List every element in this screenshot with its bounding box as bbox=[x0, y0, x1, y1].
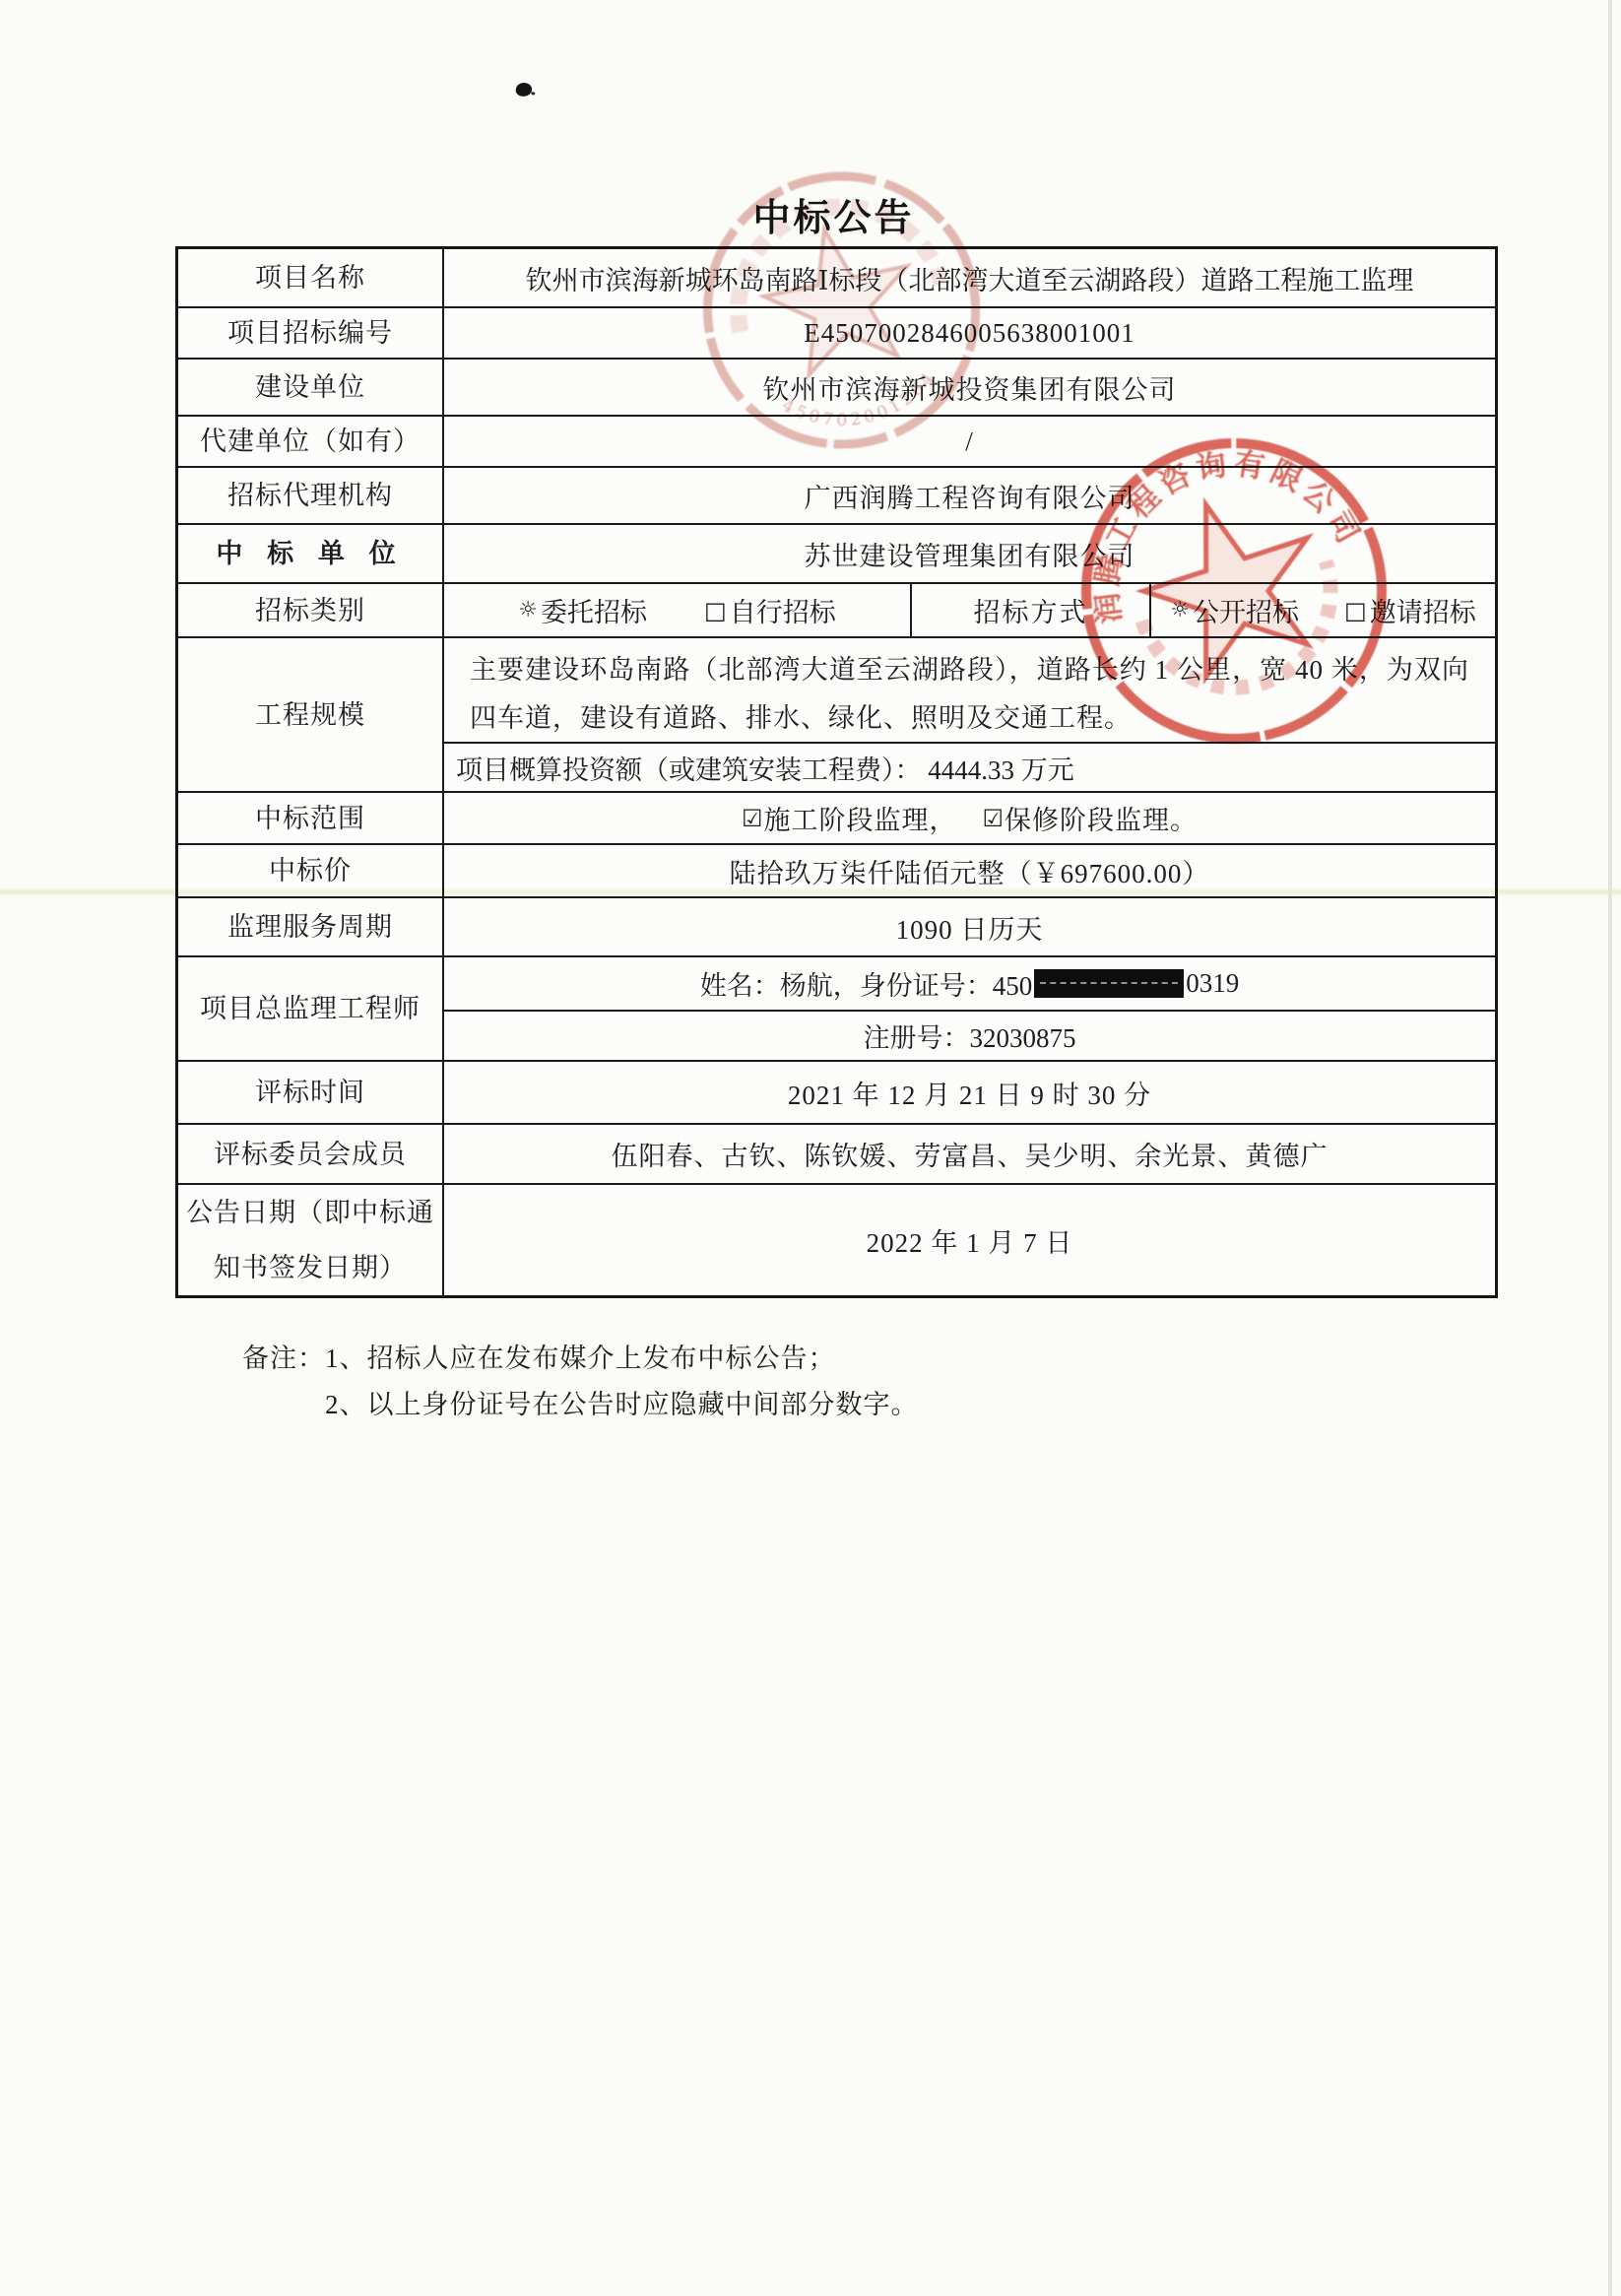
paper-edge-line bbox=[1608, 0, 1612, 2296]
table-row: 评标时间 2021 年 12 月 21 日 9 时 30 分 bbox=[178, 1060, 1495, 1123]
table-row: 项目名称 钦州市滨海新城环岛南路Ⅰ标段（北部湾大道至云湖路段）道路工程施工监理 bbox=[178, 249, 1495, 306]
project-scale-description: 主要建设环岛南路（北部湾大道至云湖路段），道路长约 1 公里，宽 40 米，为双… bbox=[456, 640, 1483, 745]
bidding-method-options: ☼ 公开招标 □ 邀请招标 bbox=[1149, 584, 1495, 636]
table-row: 评标委员会成员 伍阳春、古钦、陈钦媛、劳富昌、吴少明、余光景、黄德广 bbox=[178, 1123, 1495, 1183]
winning-scope-label: 中标范围 bbox=[178, 793, 444, 843]
construction-unit-value: 钦州市滨海新城投资集团有限公司 bbox=[444, 360, 1495, 415]
winning-scope-value: ☑ 施工阶段监理， ☑ 保修阶段监理。 bbox=[444, 793, 1495, 843]
evaluation-time-label: 评标时间 bbox=[178, 1062, 444, 1123]
bidding-method-label: 招标方式 bbox=[910, 584, 1149, 636]
evaluation-time-value: 2021 年 12 月 21 日 9 时 30 分 bbox=[444, 1062, 1495, 1123]
winning-scope-part1: 施工阶段监理， bbox=[764, 799, 957, 837]
bid-number-label: 项目招标编号 bbox=[178, 308, 444, 358]
ink-dot bbox=[515, 81, 534, 98]
project-scale-label: 工程规模 bbox=[178, 638, 444, 791]
notes-prefix: 备注： bbox=[242, 1336, 325, 1382]
unchecked-box-icon: □ bbox=[704, 599, 727, 623]
project-name-label: 项目名称 bbox=[178, 249, 444, 306]
announcement-date-label: 公告日期（即中标通知书签发日期） bbox=[178, 1185, 444, 1295]
agent-unit-value: / bbox=[444, 417, 1495, 466]
bidding-category-row: 招标类别 ☼ 委托招标 □ 自行招标 招标方式 ☼ 公开招标 □ 邀请招标 bbox=[178, 582, 1495, 636]
winning-price-label: 中标价 bbox=[178, 845, 444, 896]
option-invited-label: 邀请招标 bbox=[1370, 591, 1476, 629]
option-self: □ 自行招标 bbox=[704, 591, 836, 629]
bidding-agency-label: 招标代理机构 bbox=[178, 468, 444, 523]
chief-engineer-registration: 注册号：32030875 bbox=[864, 1017, 1076, 1055]
chief-engineer-id-suffix: 0319 bbox=[1186, 968, 1239, 999]
project-scale-investment: 项目概算投资额（或建筑安装工程费）： 4444.33 万元 bbox=[456, 749, 1074, 787]
notes: 备注： 1、招标人应在发布媒介上发布中标公告； 2、以上身份证号在公告时应隐藏中… bbox=[242, 1336, 919, 1428]
bidding-category-options: ☼ 委托招标 □ 自行招标 bbox=[444, 584, 910, 636]
chief-engineer-row: 项目总监理工程师 姓名：杨航，身份证号：450 0319 注册号：3203087… bbox=[178, 955, 1495, 1060]
table-row: 招标代理机构 广西润腾工程咨询有限公司 bbox=[178, 466, 1495, 523]
bidding-agency-value: 广西润腾工程咨询有限公司 bbox=[444, 468, 1495, 523]
unchecked-box-icon: □ bbox=[1344, 599, 1367, 623]
page-title: 中标公告 bbox=[175, 187, 1492, 241]
announcement-date-value: 2022 年 1 月 7 日 bbox=[444, 1185, 1495, 1295]
winning-bidder-value: 苏世建设管理集团有限公司 bbox=[444, 525, 1495, 582]
project-scale-row: 工程规模 主要建设环岛南路（北部湾大道至云湖路段），道路长约 1 公里，宽 40… bbox=[178, 636, 1495, 791]
winning-price-value: 陆拾玖万柒仟陆佰元整（￥697600.00） bbox=[444, 845, 1495, 896]
table-row: 中标价 陆拾玖万柒仟陆佰元整（￥697600.00） bbox=[178, 843, 1495, 896]
bid-announcement-table: 项目名称 钦州市滨海新城环岛南路Ⅰ标段（北部湾大道至云湖路段）道路工程施工监理 … bbox=[175, 246, 1498, 1298]
table-row: 公告日期（即中标通知书签发日期） 2022 年 1 月 7 日 bbox=[178, 1183, 1495, 1295]
project-name-value: 钦州市滨海新城环岛南路Ⅰ标段（北部湾大道至云湖路段）道路工程施工监理 bbox=[444, 249, 1495, 306]
bid-number-value: E4507002846005638001001 bbox=[444, 308, 1495, 358]
evaluation-committee-value: 伍阳春、古钦、陈钦媛、劳富昌、吴少明、余光景、黄德广 bbox=[444, 1125, 1495, 1183]
table-row: 代建单位（如有） / bbox=[178, 415, 1495, 466]
winning-scope-part2: 保修阶段监理。 bbox=[1005, 799, 1198, 837]
evaluation-committee-label: 评标委员会成员 bbox=[178, 1125, 444, 1183]
supervision-period-value: 1090 日历天 bbox=[444, 898, 1495, 955]
table-row: 监理服务周期 1090 日历天 bbox=[178, 896, 1495, 955]
checked-box-icon: ☑ bbox=[983, 807, 1005, 830]
note-line-1: 1、招标人应在发布媒介上发布中标公告； bbox=[325, 1336, 919, 1382]
chief-engineer-label: 项目总监理工程师 bbox=[178, 957, 444, 1060]
option-entrusted-label: 委托招标 bbox=[541, 591, 647, 629]
winning-scope-row: 中标范围 ☑ 施工阶段监理， ☑ 保修阶段监理。 bbox=[178, 791, 1495, 843]
construction-unit-label: 建设单位 bbox=[178, 360, 444, 415]
supervision-period-label: 监理服务周期 bbox=[178, 898, 444, 955]
table-row: 建设单位 钦州市滨海新城投资集团有限公司 bbox=[178, 358, 1495, 415]
option-entrusted: ☼ 委托招标 bbox=[518, 591, 647, 629]
checked-sun-icon: ☼ bbox=[518, 600, 538, 622]
option-self-label: 自行招标 bbox=[730, 591, 836, 629]
winning-bidder-label: 中 标 单 位 bbox=[178, 525, 444, 582]
chief-engineer-name: 姓名：杨航，身份证号：450 bbox=[700, 964, 1033, 1003]
option-open-label: 公开招标 bbox=[1193, 591, 1299, 629]
bidding-category-label: 招标类别 bbox=[178, 584, 444, 636]
option-invited: □ 邀请招标 bbox=[1344, 591, 1476, 629]
redaction-bar bbox=[1034, 969, 1184, 998]
option-open: ☼ 公开招标 bbox=[1170, 591, 1299, 629]
agent-unit-label: 代建单位（如有） bbox=[178, 417, 444, 466]
table-row: 中 标 单 位 苏世建设管理集团有限公司 bbox=[178, 523, 1495, 582]
checked-box-icon: ☑ bbox=[742, 807, 764, 830]
table-row: 项目招标编号 E4507002846005638001001 bbox=[178, 306, 1495, 358]
checked-sun-icon: ☼ bbox=[1170, 600, 1190, 622]
note-line-2: 2、以上身份证号在公告时应隐藏中间部分数字。 bbox=[325, 1382, 919, 1428]
